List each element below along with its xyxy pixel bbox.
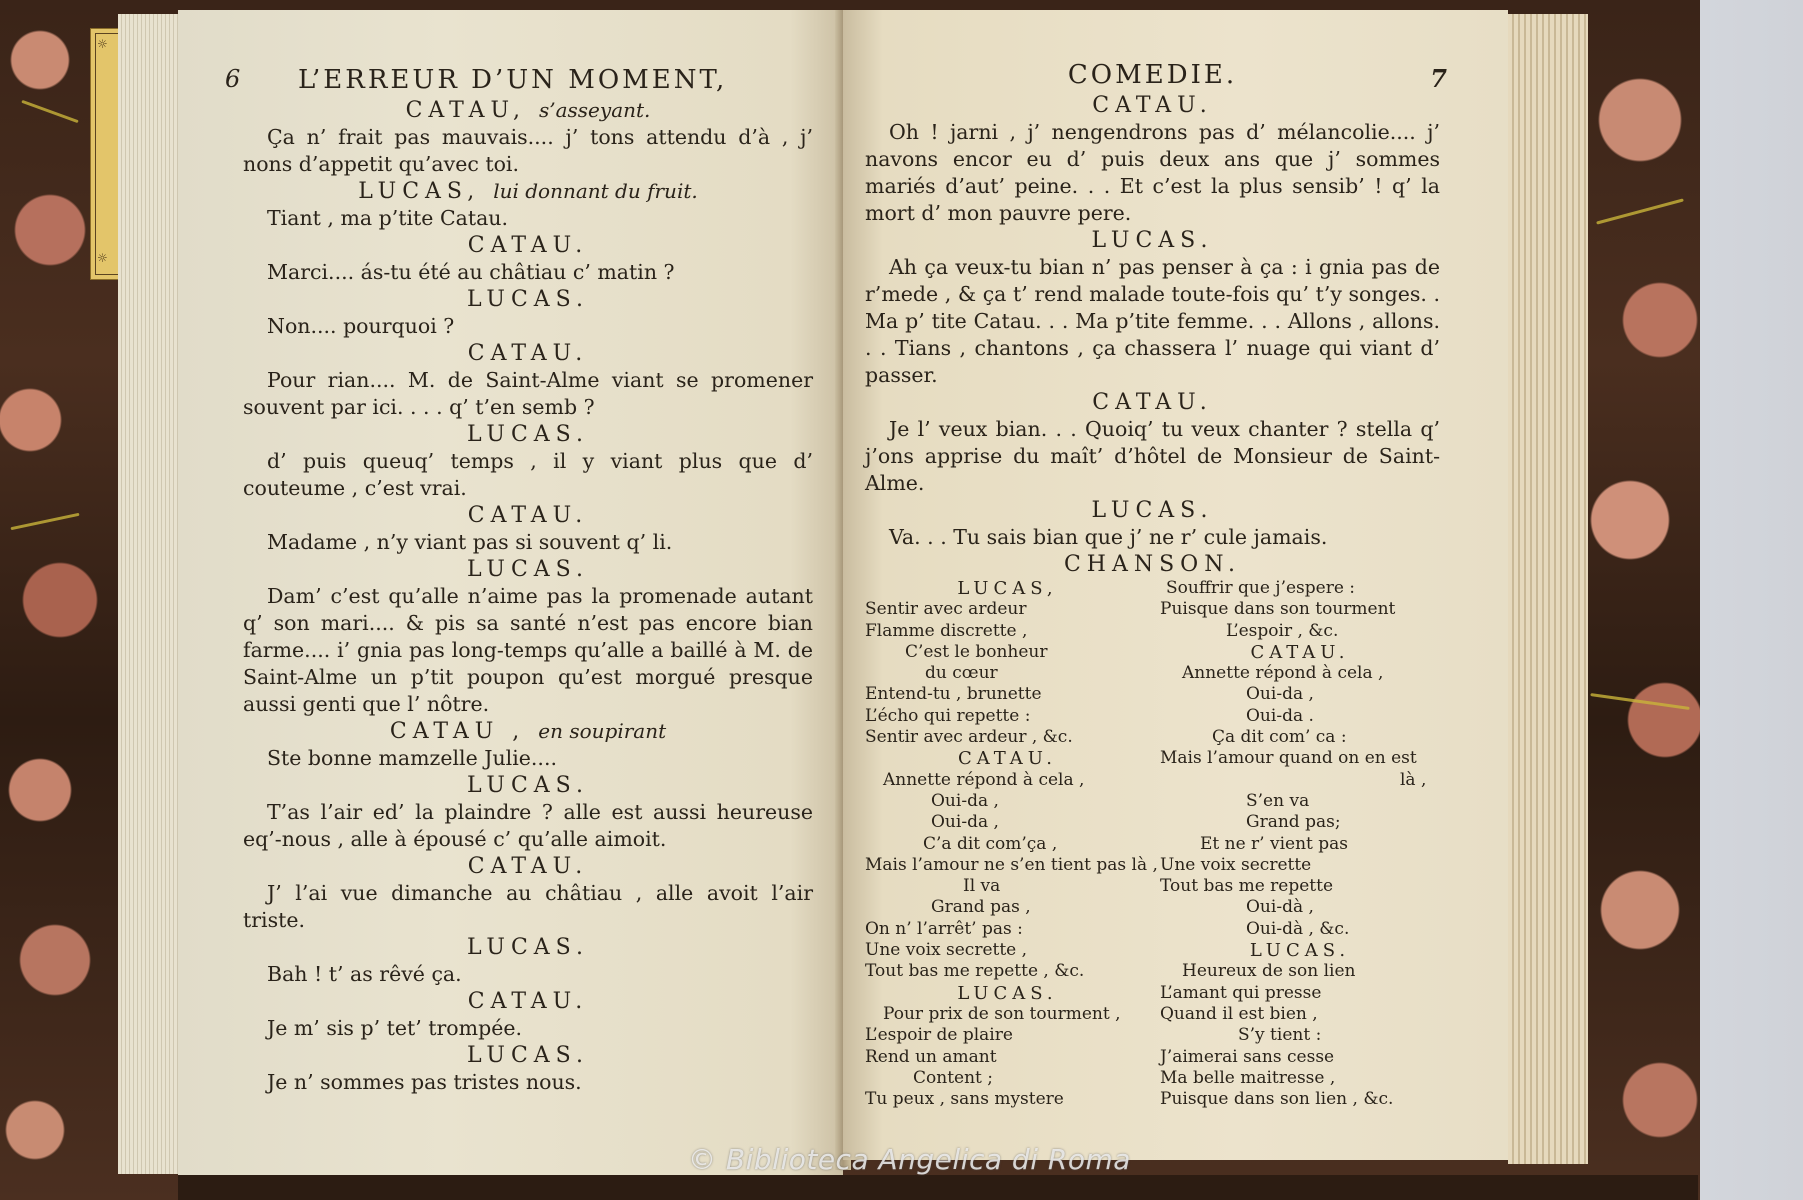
dialogue-line: Ste bonne mamzelle Julie....: [243, 745, 813, 772]
dialogue-line: Bah ! t’ as rêvé ça.: [243, 961, 813, 988]
song-verse-line: Sentir avec ardeur , &c.: [865, 727, 1150, 748]
song-verse-line: C’est le bonheur: [865, 642, 1150, 663]
dialogue-line: Ça n’ frait pas mauvais.... j’ tons atte…: [243, 124, 813, 178]
speaker-heading: CATAU.: [243, 853, 813, 880]
speaker-name: LUCAS.: [1092, 228, 1214, 253]
song-verse-line: Oui-da ,: [865, 791, 1150, 812]
dialogue-line: d’ puis queuq’ temps , il y viant plus q…: [243, 448, 813, 502]
song-verse-line: S’en va: [1160, 791, 1440, 812]
dialogue-line: Ah ça veux-tu bian n’ pas penser à ça : …: [865, 254, 1440, 389]
dialogue-line: Va. . . Tu sais bian que j’ ne r’ cule j…: [865, 524, 1440, 551]
cover-bottom-edge: [178, 1175, 1698, 1200]
speaker-name: LUCAS.: [1092, 498, 1214, 523]
song-verse-line: C’a dit com’ça ,: [865, 834, 1150, 855]
speaker-name: CATAU.: [468, 233, 588, 258]
speaker-heading: LUCAS.: [243, 772, 813, 799]
running-head: COMEDIE. 7: [865, 60, 1440, 92]
song-verse-line: Ma belle maitresse ,: [1160, 1068, 1440, 1089]
star-ornament-icon: ☼: [97, 37, 108, 51]
dialogue-line: Je m’ sis p’ tet’ trompée.: [243, 1015, 813, 1042]
speaker-heading: LUCAS.: [865, 497, 1440, 524]
song-verse-line: du cœur: [865, 663, 1150, 684]
backdrop: [1700, 0, 1803, 1200]
song-verse-line: L’amant qui presse: [1160, 983, 1440, 1004]
page-number: 7: [1430, 64, 1450, 93]
speaker-heading: LUCAS.: [243, 421, 813, 448]
dialogue-line: Pour rian.... M. de Saint-Alme viant se …: [243, 367, 813, 421]
speaker-name: CATAU.: [1092, 93, 1212, 118]
speaker-heading: LUCAS, lui donnant du fruit.: [243, 178, 813, 205]
copyright-watermark: © Biblioteca Angelica di Roma: [688, 1143, 1131, 1176]
song-verse-line: là ,: [1160, 770, 1440, 791]
song-verse-line: Tu peux , sans mystere: [865, 1089, 1150, 1110]
page-edges-left: [118, 14, 178, 1174]
song-speaker: LUCAS.: [1160, 940, 1440, 961]
song-verse-line: Tout bas me repette: [1160, 876, 1440, 897]
speaker-name: LUCAS,: [358, 179, 480, 204]
speaker-name: CATAU,: [406, 98, 526, 123]
speaker-name: CATAU.: [468, 341, 588, 366]
stage-direction: en soupirant: [538, 719, 666, 743]
song-verse-line: J’aimerai sans cesse: [1160, 1047, 1440, 1068]
speaker-name: CATAU.: [468, 989, 588, 1014]
stage-direction: s’asseyant.: [539, 98, 650, 122]
speaker-name: LUCAS.: [467, 773, 589, 798]
song-verse-line: Puisque dans son tourment: [1160, 599, 1440, 620]
stage-direction: lui donnant du fruit.: [493, 179, 698, 203]
dialogue-line: T’as l’air ed’ la plaindre ? alle est au…: [243, 799, 813, 853]
song-verse-line: L’espoir de plaire: [865, 1025, 1150, 1046]
speaker-heading: LUCAS.: [243, 1042, 813, 1069]
song-verse-line: On n’ l’arrêt’ pas :: [865, 919, 1150, 940]
song-verse-line: Quand il est bien ,: [1160, 1004, 1440, 1025]
song-verse-line: Une voix secrette ,: [865, 940, 1150, 961]
dialogue-line: Non.... pourquoi ?: [243, 313, 813, 340]
page-edges-right: [1508, 14, 1588, 1164]
speaker-name: LUCAS.: [467, 287, 589, 312]
dialogue-blocks: CATAU.Oh ! jarni , j’ nengendrons pas d’…: [865, 92, 1440, 578]
speaker-heading: CATAU.: [243, 988, 813, 1015]
dialogue-line: Madame , n’y viant pas si souvent q’ li.: [243, 529, 813, 556]
song-speaker: CATAU.: [865, 748, 1150, 769]
song-column-left: LUCAS,Sentir avec ardeurFlamme discrette…: [865, 578, 1150, 1110]
running-title: L’ERREUR D’UN MOMENT,: [298, 65, 727, 95]
speaker-heading: LUCAS.: [243, 286, 813, 313]
song-verse-line: Sentir avec ardeur: [865, 599, 1150, 620]
song-verse-line: Une voix secrette: [1160, 855, 1440, 876]
speaker-heading: CATAU.: [865, 389, 1440, 416]
song-verse-line: L’écho qui repette :: [865, 706, 1150, 727]
right-page: COMEDIE. 7 CATAU.Oh ! jarni , j’ nengend…: [843, 10, 1508, 1160]
running-head: 6 L’ERREUR D’UN MOMENT,: [243, 65, 813, 97]
left-page: 6 L’ERREUR D’UN MOMENT, CATAU, s’asseyan…: [178, 10, 843, 1180]
speaker-heading: CATAU.: [243, 502, 813, 529]
speaker-heading: CATAU.: [865, 92, 1440, 119]
song-verse-line: Oui-da ,: [865, 812, 1150, 833]
speaker-heading: LUCAS.: [243, 556, 813, 583]
song-verse-line: Grand pas;: [1160, 812, 1440, 833]
song-verse-line: Annette répond à cela ,: [865, 770, 1150, 791]
speaker-name: CATAU.: [468, 503, 588, 528]
song-verse-line: Oui-da .: [1160, 706, 1440, 727]
song-chanson: LUCAS,Sentir avec ardeurFlamme discrette…: [865, 578, 1440, 1110]
song-verse-line: Mais l’amour quand on en est: [1160, 748, 1440, 769]
song-verse-line: Ça dit com’ ca :: [1160, 727, 1440, 748]
speaker-heading: CATAU.: [243, 340, 813, 367]
song-verse-line: L’espoir , &c.: [1160, 621, 1440, 642]
song-verse-line: Tout bas me repette , &c.: [865, 961, 1150, 982]
speaker-name: CHANSON.: [1064, 552, 1241, 577]
speaker-heading: CHANSON.: [865, 551, 1440, 578]
song-speaker: LUCAS.: [865, 983, 1150, 1004]
song-verse-line: Annette répond à cela ,: [1160, 663, 1440, 684]
running-title: COMEDIE.: [1068, 60, 1237, 90]
dialogue-line: Je n’ sommes pas tristes nous.: [243, 1069, 813, 1096]
song-verse-line: Souffrir que j’espere :: [1160, 578, 1440, 599]
dialogue-line: Oh ! jarni , j’ nengendrons pas d’ mélan…: [865, 119, 1440, 227]
song-verse-line: Pour prix de son tourment ,: [865, 1004, 1150, 1025]
song-speaker: LUCAS,: [865, 578, 1150, 599]
song-verse-line: Content ;: [865, 1068, 1150, 1089]
song-verse-line: Oui-dà ,: [1160, 897, 1440, 918]
song-verse-line: Rend un amant: [865, 1047, 1150, 1068]
speaker-heading: CATAU.: [243, 232, 813, 259]
dialogue-line: Dam’ c’est qu’alle n’aime pas la promena…: [243, 583, 813, 718]
speaker-name: LUCAS.: [467, 1043, 589, 1068]
song-verse-line: S’y tient :: [1160, 1025, 1440, 1046]
speaker-heading: LUCAS.: [243, 934, 813, 961]
song-speaker: CATAU.: [1160, 642, 1440, 663]
song-verse-line: Entend-tu , brunette: [865, 684, 1150, 705]
song-verse-line: Puisque dans son lien , &c.: [1160, 1089, 1440, 1110]
right-page-text: COMEDIE. 7 CATAU.Oh ! jarni , j’ nengend…: [865, 60, 1440, 1110]
speaker-name: CATAU ,: [390, 719, 525, 744]
song-verse-line: Oui-da ,: [1160, 684, 1440, 705]
speaker-name: LUCAS.: [467, 422, 589, 447]
speaker-name: CATAU.: [1092, 390, 1212, 415]
speaker-heading: CATAU , en soupirant: [243, 718, 813, 745]
song-verse-line: Oui-dà , &c.: [1160, 919, 1440, 940]
speaker-heading: CATAU, s’asseyant.: [243, 97, 813, 124]
page-number: 6: [225, 65, 243, 93]
speaker-heading: LUCAS.: [865, 227, 1440, 254]
song-column-right: Souffrir que j’espere :Puisque dans son …: [1160, 578, 1440, 1110]
dialogue-line: Tiant , ma p’tite Catau.: [243, 205, 813, 232]
song-verse-line: Heureux de son lien: [1160, 961, 1440, 982]
speaker-name: LUCAS.: [467, 935, 589, 960]
song-verse-line: Et ne r’ vient pas: [1160, 834, 1440, 855]
song-verse-line: Il va: [865, 876, 1150, 897]
star-ornament-icon: ☼: [97, 251, 108, 265]
dialogue-line: Marci.... ás-tu été au châtiau c’ matin …: [243, 259, 813, 286]
dialogue-line: Je l’ veux bian. . . Quoiq’ tu veux chan…: [865, 416, 1440, 497]
dialogue-blocks: CATAU, s’asseyant.Ça n’ frait pas mauvai…: [243, 97, 813, 1096]
left-page-text: 6 L’ERREUR D’UN MOMENT, CATAU, s’asseyan…: [243, 65, 813, 1096]
dialogue-line: J’ l’ai vue dimanche au châtiau , alle a…: [243, 880, 813, 934]
song-verse-line: Grand pas ,: [865, 897, 1150, 918]
song-verse-line: Mais l’amour ne s’en tient pas là ,: [865, 855, 1150, 876]
song-verse-line: Flamme discrette ,: [865, 621, 1150, 642]
speaker-name: CATAU.: [468, 854, 588, 879]
speaker-name: LUCAS.: [467, 557, 589, 582]
